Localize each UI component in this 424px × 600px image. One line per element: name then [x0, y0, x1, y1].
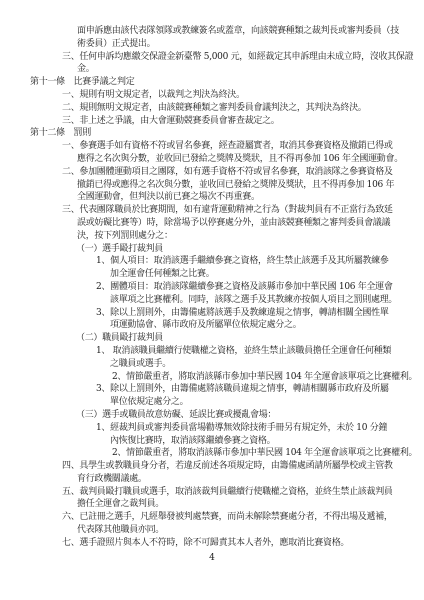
doc-line: 第十二條 罰則: [0, 127, 424, 140]
doc-line: 代表隊其他職員亦同。: [0, 524, 424, 537]
doc-line: 育行政機關議處。: [0, 473, 424, 486]
doc-line: 二、參加團體運動項目之團隊，如有選手資格不符或冒名參賽，取消該隊之參賽資格及: [0, 166, 424, 179]
doc-line: 3、除以上罰則外，由籌備處將該職員違規之情事，轉請相關縣市政府及所屬: [0, 383, 424, 396]
doc-line: 項運動協會、縣市政府及所屬單位依規定處分之。: [0, 319, 424, 332]
doc-line: 2、團體項目：取消該隊繼續參賽之資格及該縣市參加中華民國 106 年全運會: [0, 281, 424, 294]
doc-line: 四、具學生或教職員身分者，若違反前述各項規定時，由籌備處函請所屬學校或主管教: [0, 460, 424, 473]
doc-line: 五、裁判員毆打職員或選手，取消該裁判員繼續行使職權之資格，並終生禁止該裁判員: [0, 486, 424, 499]
doc-line: 內恢復比賽時，取消該隊繼續參賽之資格。: [0, 435, 424, 448]
doc-line: 六、已註冊之選手，凡經舉發被判處禁賽，而尚未解除禁賽處分者，不得出場及遞補，: [0, 511, 424, 524]
doc-line: 撤銷已得或應得之名次與分數，並收回已發給之獎牌及獎狀，且不得再參加 106 年: [0, 179, 424, 192]
doc-line: 三、非上述之爭議，由大會運動競賽委員會審查裁定之。: [0, 115, 424, 128]
doc-line: 誤或妨礙比賽等）時，除當場予以停賽處分外，並由該競賽種類之審判委員會議議: [0, 217, 424, 230]
doc-line: 應得之名次與分數，並收回已發給之獎牌及獎狀，且不得再參加 106 年全國運動會。: [0, 153, 424, 166]
doc-line: 二、規則無明文規定者，由該競賽種類之審判委員會議判決之，其判決為終決。: [0, 102, 424, 115]
doc-line: 一、規則有明文規定者，以裁判之判決為終決。: [0, 89, 424, 102]
doc-line: 2、情節嚴重者，將取消該縣市參加中華民國 104 年全運會該單項之比賽權利。: [0, 371, 424, 384]
doc-line: （三）選手或職員故意妨礙、延誤比賽或擾亂會場：: [0, 409, 424, 422]
doc-line: 面申訴應由該代表隊領隊或教練簽名或蓋章，向該競賽種類之裁判長或審判委員（技: [0, 25, 424, 38]
doc-line: 該單項之比賽權利。同時，該隊之選手及其教練亦按個人項目之罰則處理。: [0, 294, 424, 307]
doc-line: 單位依規定處分之。: [0, 396, 424, 409]
doc-line: 第十一條 比賽爭議之判定: [0, 76, 424, 89]
doc-line: 加全運會任何種類之比賽。: [0, 268, 424, 281]
doc-line: 1、個人項目：取消該選手繼續參賽之資格，終生禁止該選手及其所屬教練參: [0, 255, 424, 268]
doc-line: 金。: [0, 63, 424, 76]
doc-line: 1、經裁判員或審判委員當場勸導無效除技術手冊另有規定外，未於 10 分鐘: [0, 422, 424, 435]
doc-line: 三、任何申訴均應繳交保證金新臺幣 5,000 元，如經裁定其申訴理由未成立時，沒…: [0, 51, 424, 64]
doc-line: 決，按下列罰則處分之：: [0, 230, 424, 243]
doc-line: （一）選手毆打裁判員: [0, 243, 424, 256]
document-body: 面申訴應由該代表隊領隊或教練簽名或蓋章，向該競賽種類之裁判長或審判委員（技術委員…: [0, 25, 424, 550]
page-number: 4: [0, 553, 424, 563]
doc-line: 七、選手證照片與本人不符時，除不可歸責其本人者外，應取消比賽資格。: [0, 537, 424, 550]
doc-line: 三、代表團隊職員於比賽期間，如有違背運動精神之行為（對裁判員有不正當行為致延: [0, 204, 424, 217]
doc-line: 全國運動會，但判決以前已賽之場次不再重賽。: [0, 191, 424, 204]
doc-line: 3、除以上罰則外，由籌備處將該選手及教練違規之情事，轉請相關全國性單: [0, 307, 424, 320]
doc-line: 擔任全運會之裁判員。: [0, 498, 424, 511]
doc-line: 之職員或選手。: [0, 358, 424, 371]
doc-line: 1、 取消該職員繼續行使職權之資格，並終生禁止該職員擔任全運會任何種類: [0, 345, 424, 358]
document-page: 面申訴應由該代表隊領隊或教練簽名或蓋章，向該競賽種類之裁判長或審判委員（技術委員…: [0, 0, 424, 600]
doc-line: 2、情節嚴重者，將取消該縣市參加中華民國 104 年全運會該單項之比賽權利。: [0, 447, 424, 460]
doc-line: （二）職員毆打裁判員: [0, 332, 424, 345]
doc-line: 術委員）正式提出。: [0, 38, 424, 51]
doc-line: 一、參賽選手如有資格不符或冒名參賽，經查證屬實者，取消其參賽資格及撤銷已得或: [0, 140, 424, 153]
